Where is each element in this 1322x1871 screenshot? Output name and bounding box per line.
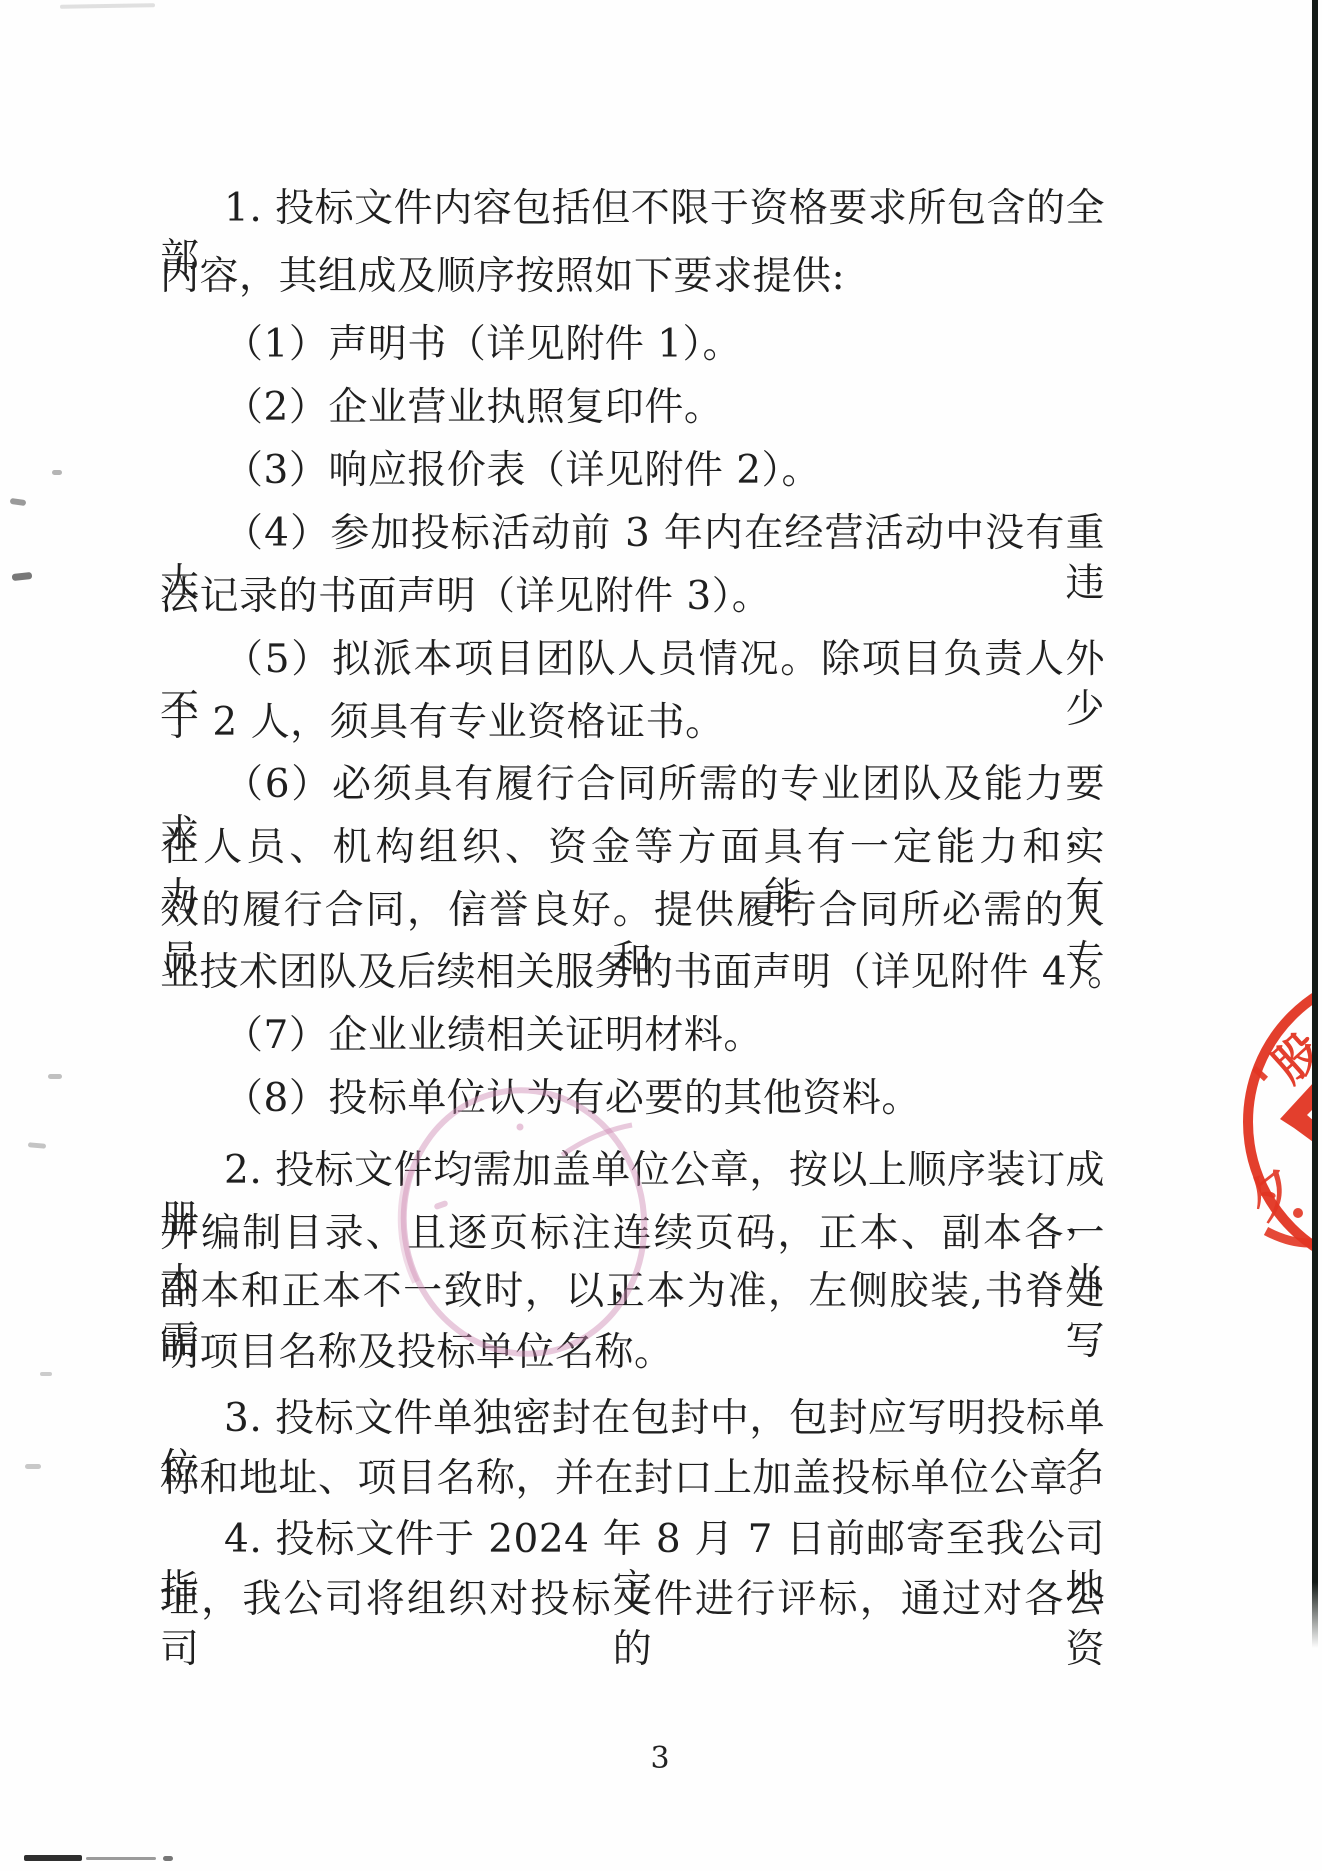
scan-smudge [12,572,33,581]
text-line: 址，我公司将组织对投标文件进行评标，通过对各公司的资 [160,1575,1105,1625]
scan-smudge [10,498,27,506]
text-line: （1）声明书（详见附件 1）。 [160,320,742,370]
text-line: 效的履行合同，信誉良好。提供履行合同所必需的人员和专 [160,886,1105,936]
red-seal-stamp-fragment: 股 夕 [1240,985,1318,1255]
scan-smudge [86,1857,156,1860]
scan-smudge [40,1372,52,1376]
page-number: 3 [160,1741,1160,1776]
scanned-document-page: 1. 投标文件内容包括但不限于资格要求所包含的全部内容，其组成及顺序按照如下要求… [0,0,1322,1871]
text-line: 业技术团队及后续相关服务的书面声明（详见附件 4）。 [160,948,1127,998]
text-line: 内容，其组成及顺序按照如下要求提供: [160,252,845,302]
scan-smudge [163,1856,173,1861]
scan-smudge [24,1855,82,1861]
text-line: 1. 投标文件内容包括但不限于资格要求所包含的全部 [160,184,1105,234]
text-line: 于 2 人，须具有专业资格证书。 [160,698,725,748]
text-line: 法记录的书面声明（详见附件 3）。 [160,572,771,622]
scan-smudge [48,1074,62,1079]
scan-smudge [28,1142,46,1149]
text-line: （6）必须具有履行合同所需的专业团队及能力要求， [160,760,1105,810]
scan-edge-line [1312,0,1318,1648]
text-line: （7）企业业绩相关证明材料。 [160,1011,763,1061]
text-line: 4. 投标文件于 2024 年 8 月 7 日前邮寄至我公司指定地 [160,1515,1105,1565]
text-line: 称和地址、项目名称，并在封口上加盖投标单位公章。 [160,1454,1108,1504]
scan-smudge [60,3,155,9]
text-line: （2）企业营业执照复印件。 [160,383,723,433]
text-line: （5）拟派本项目团队人员情况。除项目负责人外不少 [160,635,1105,685]
text-line: （3）响应报价表（详见附件 2）。 [160,446,821,496]
seal-char-top: 股 [1262,1022,1318,1093]
text-line: （4）参加投标活动前 3 年内在经营活动中没有重大违 [160,509,1105,559]
text-line: 在人员、机构组织、资金等方面具有一定能力和实力，能有 [160,823,1105,873]
scan-smudge [52,470,62,475]
text-line: 3. 投标文件单独密封在包封中，包封应写明投标单位名 [160,1394,1105,1444]
scan-smudge [25,1464,41,1469]
faint-seal-stamp [380,1060,680,1395]
